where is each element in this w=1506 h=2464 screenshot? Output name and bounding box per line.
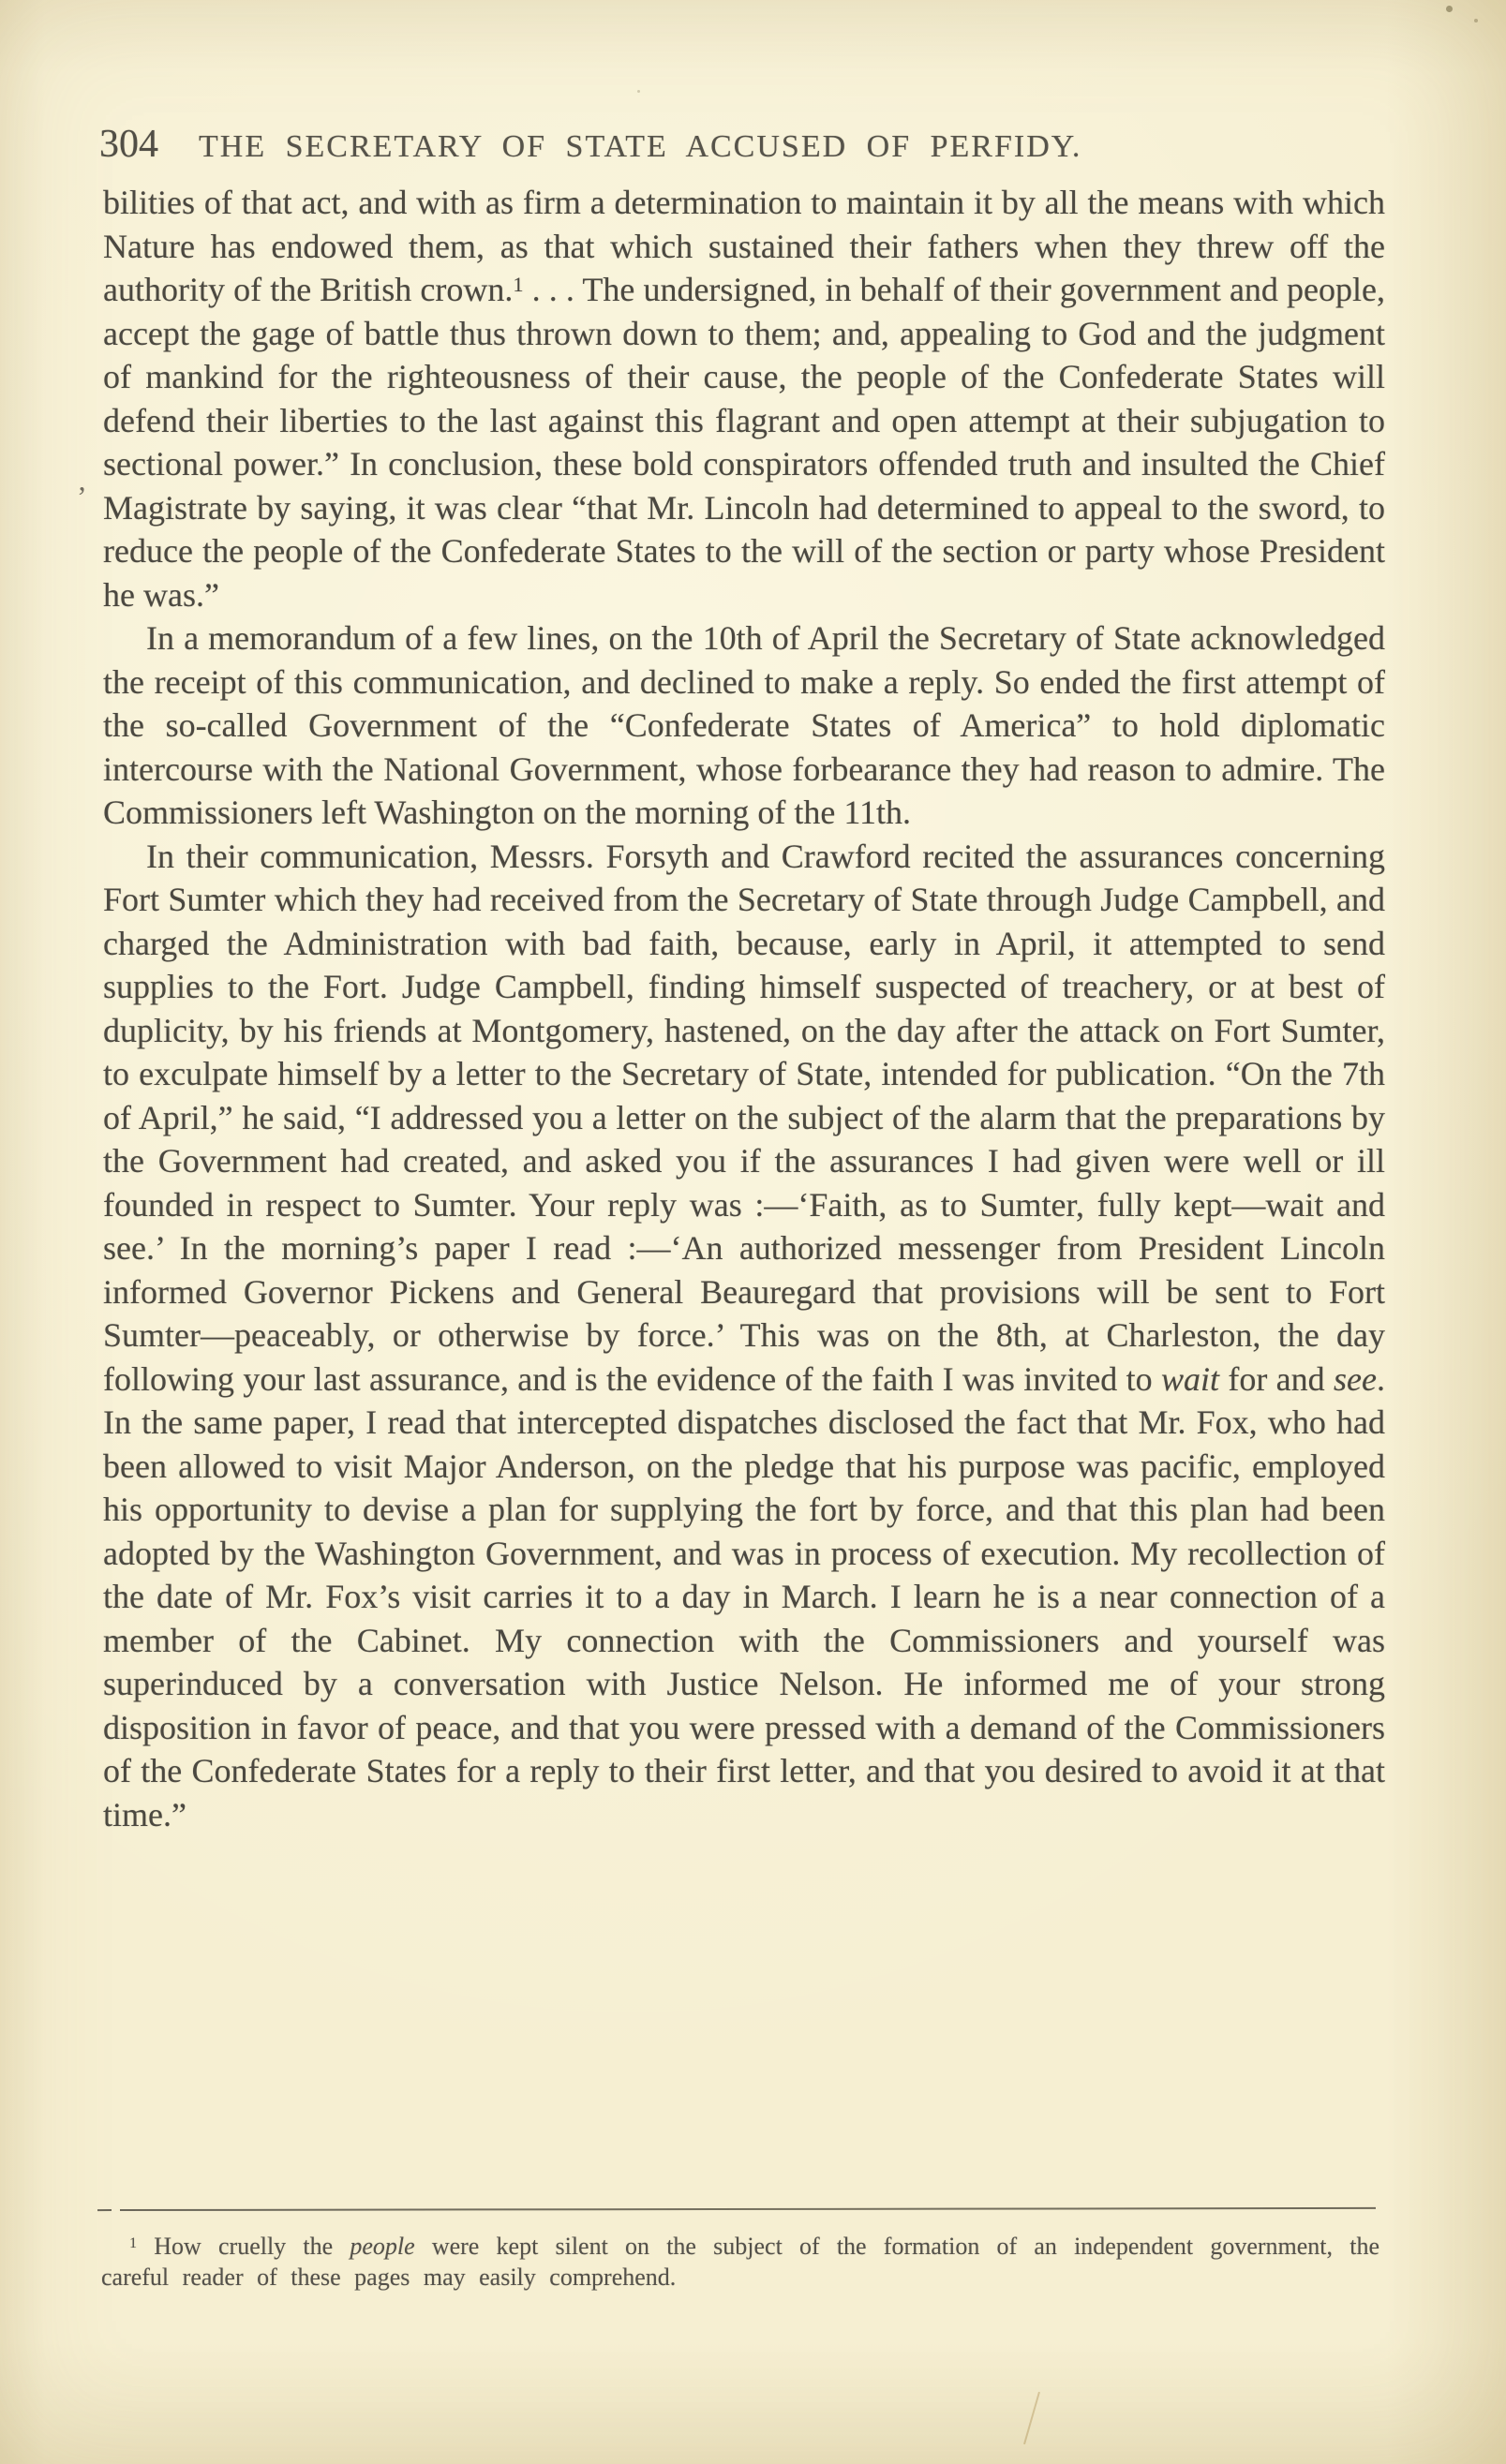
body-text: bilities of that act, and with as firm a…: [103, 181, 1385, 1836]
stray-quote-mark: ’: [77, 480, 87, 514]
footnote-rule-dash: [97, 2209, 112, 2211]
text-segment: . In the same paper, I read that interce…: [103, 1360, 1385, 1833]
paper-speck: [1474, 19, 1478, 22]
running-head: 304 THE SECRETARY OF STATE ACCUSED OF PE…: [0, 120, 1506, 176]
footnote-paragraph: 1 How cruelly the people were kept silen…: [101, 2231, 1379, 2293]
text-segment-sup: 1: [513, 273, 523, 296]
paper-speck: [1446, 6, 1453, 12]
paragraph: bilities of that act, and with as firm a…: [103, 181, 1385, 616]
text-segment: . . . The undersigned, in behalf of thei…: [103, 271, 1385, 614]
paragraph: In their communication, Messrs. Forsyth …: [103, 835, 1385, 1837]
text-segment-italic: wait: [1161, 1360, 1219, 1398]
text-segment: In a memorandum of a few lines, on the 1…: [103, 619, 1385, 831]
text-segment-italic: people: [350, 2233, 414, 2260]
paper-scratch: [1023, 2392, 1040, 2444]
footnote-rule-line: [120, 2207, 1376, 2211]
text-segment: for and: [1219, 1360, 1334, 1398]
text-segment: In their communication, Messrs. Forsyth …: [103, 838, 1385, 1398]
paper-speck: [637, 90, 640, 93]
footnote-text: 1 How cruelly the people were kept silen…: [101, 2231, 1379, 2293]
page-number: 304: [99, 122, 158, 167]
running-title: THE SECRETARY OF STATE ACCUSED OF PERFID…: [199, 129, 1081, 165]
paragraph: In a memorandum of a few lines, on the 1…: [103, 616, 1385, 835]
book-page: 304 THE SECRETARY OF STATE ACCUSED OF PE…: [0, 0, 1506, 2464]
footnote-rule: [97, 2207, 1376, 2212]
text-segment-sup: 1: [129, 2235, 137, 2251]
text-segment: How cruelly the: [137, 2233, 350, 2260]
text-segment-italic: see: [1334, 1360, 1377, 1398]
